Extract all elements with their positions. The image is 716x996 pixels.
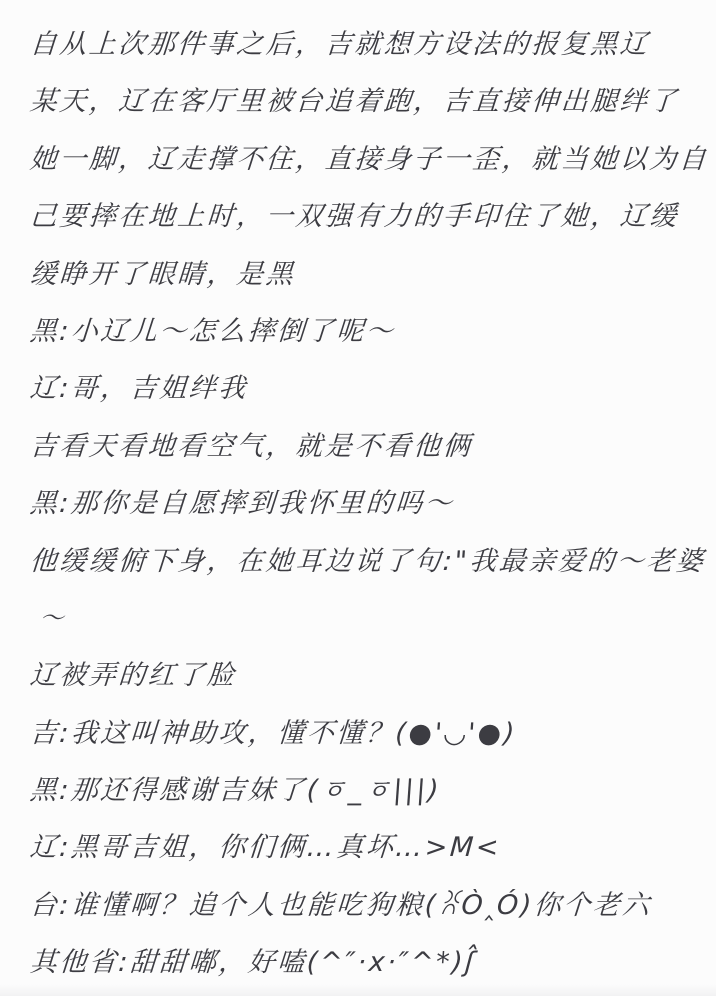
- story-line-10: 他缓缓俯下身，在她耳边说了句:"我最亲爱的～老婆: [28, 530, 702, 587]
- story-line-5: 缓睁开了眼睛，是黑: [28, 243, 702, 300]
- story-line-17-others-dialogue: 其他省:甜甜嘟，好嗑(^″·x·″^*)ʃ̂: [28, 931, 702, 988]
- story-line-15-liao-dialogue: 辽:黑哥吉姐，你们俩…真坏…>M<: [28, 816, 702, 873]
- story-line-14-hei-dialogue: 黑:那还得感谢吉妹了(ㆆ_ㆆ|||): [28, 759, 702, 816]
- story-line-4: 己要摔在地上时，一双强有力的手印住了她，辽缓: [28, 185, 702, 242]
- story-line-7-liao-dialogue: 辽:哥，吉姐绊我: [28, 357, 702, 414]
- story-line-1: 自从上次那件事之后，吉就想方设法的报复黑辽: [28, 13, 702, 70]
- story-line-8: 吉看天看地看空气，就是不看他俩: [28, 415, 702, 472]
- story-line-2: 某天，辽在客厅里被台追着跑，吉直接伸出腿绊了: [28, 70, 702, 127]
- story-line-16-tai-dialogue: 台:谁懂啊？追个人也能吃狗粮(ꐦÒ‸Ó)你个老六: [28, 874, 702, 931]
- story-line-11-tilde: ～: [28, 587, 702, 644]
- story-line-9-hei-dialogue: 黑:那你是自愿摔到我怀里的吗～: [28, 472, 702, 529]
- bottom-edge-shade: [0, 984, 716, 996]
- story-line-12: 辽被弄的红了脸: [28, 644, 702, 701]
- story-line-6-hei-dialogue: 黑:小辽儿～怎么摔倒了呢～: [28, 300, 702, 357]
- story-page: 自从上次那件事之后，吉就想方设法的报复黑辽 某天，辽在客厅里被台追着跑，吉直接伸…: [0, 0, 716, 996]
- story-line-3: 她一脚，辽走撑不住，直接身子一歪，就当她以为自: [28, 128, 702, 185]
- story-line-13-ji-dialogue: 吉:我这叫神助攻，懂不懂？(●'◡'●): [28, 702, 702, 759]
